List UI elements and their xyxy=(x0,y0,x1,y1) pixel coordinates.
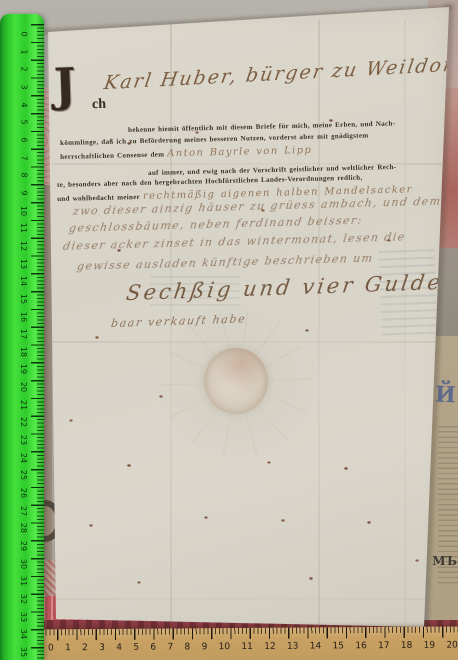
ruler-number: 11 xyxy=(241,642,253,652)
foxing-specks xyxy=(0,0,2,1)
ruler-number: 3 xyxy=(20,84,28,89)
ruler-number: 30 xyxy=(20,559,28,569)
ruler-number: 0 xyxy=(48,643,54,653)
ruler-number: 16 xyxy=(20,311,28,321)
ruler-ticks-cm xyxy=(31,24,44,660)
ruler-number: 7 xyxy=(20,155,28,160)
printed-prefix: herrschaftlichen Consense dem xyxy=(60,150,164,161)
ruler-number: 9 xyxy=(202,642,208,652)
ruler-number: 1 xyxy=(65,643,71,653)
ruler-number: 7 xyxy=(167,643,173,653)
ruler-number: 10 xyxy=(20,205,28,215)
initial-suffix: ch xyxy=(92,97,107,113)
bottom-ruler-numbers: 01234567891011121314151617181920 xyxy=(48,639,458,656)
fold-crease xyxy=(170,20,172,640)
ruler-number: 31 xyxy=(20,576,28,586)
ruler-number: 5 xyxy=(20,120,28,125)
printed-prefix: und wohlbedacht meiner xyxy=(57,193,140,203)
ruler-number: 6 xyxy=(20,137,28,142)
ruler-number: 5 xyxy=(133,643,139,653)
ruler-number: 10 xyxy=(219,642,231,652)
ruler-number: 35 xyxy=(20,647,28,657)
cyrillic-fragment: МЪ xyxy=(432,554,457,568)
ruler-number: 32 xyxy=(20,594,28,604)
handwritten-insert: Anton Bayrle von Lipp xyxy=(167,145,312,160)
handwritten-line: gewisse ausladen künftige beschrieben um xyxy=(76,252,374,273)
ruler-number: 33 xyxy=(20,612,28,622)
ruler-number: 18 xyxy=(401,641,413,651)
ruler-number: 13 xyxy=(287,642,299,652)
ruler-number: 12 xyxy=(20,241,28,251)
ruler-number: 17 xyxy=(20,329,28,339)
ruler-number: 11 xyxy=(20,223,28,233)
ruler-number: 29 xyxy=(20,541,28,551)
ruler-number: 23 xyxy=(20,435,28,445)
ruler-number: 2 xyxy=(20,67,28,72)
ruler-number: 20 xyxy=(446,641,458,651)
document-paper: J ch Karl Huber, bürger zu Weildorf beke… xyxy=(0,0,458,660)
ruler-number: 15 xyxy=(333,641,345,651)
ruler-number: 4 xyxy=(20,102,28,107)
ruler-number: 25 xyxy=(20,470,28,480)
ruler-number: 14 xyxy=(20,276,28,286)
ruler-number: 8 xyxy=(20,173,28,178)
ruler-number: 3 xyxy=(99,643,105,653)
ruler-number: 19 xyxy=(424,641,436,651)
ruler-number: 4 xyxy=(116,643,122,653)
ruler-number: 26 xyxy=(20,488,28,498)
fold-crease xyxy=(318,20,320,640)
ruler-number: 15 xyxy=(20,294,28,304)
ruler-number: 27 xyxy=(20,506,28,516)
ruler-number: 20 xyxy=(20,382,28,392)
handwritten-line: dieser acker zinset in das wintermonat, … xyxy=(62,230,406,253)
ruler-number: 24 xyxy=(20,453,28,463)
ruler-number: 18 xyxy=(20,347,28,357)
wooden-ruler-horizontal: 01234567891011121314151617181920 xyxy=(30,626,458,660)
green-ruler-vertical: 0123456789101112131415161718192021222324… xyxy=(0,14,44,660)
ruler-number: 13 xyxy=(20,258,28,268)
ruler-number: 17 xyxy=(378,641,390,651)
ruler-number: 8 xyxy=(184,642,190,652)
wafer-seal xyxy=(204,348,268,414)
printed-line: herrschaftlichen Consense dem Anton Bayr… xyxy=(60,145,312,162)
ruler-number: 19 xyxy=(20,364,28,374)
ruler-number: 14 xyxy=(310,641,322,651)
ruler-number: 21 xyxy=(20,400,28,410)
ruler-number: 28 xyxy=(20,523,28,533)
ruler-number: 0 xyxy=(20,31,28,36)
photo-scene: Й МЪ J ch Karl Huber, bürger zu Weildorf… xyxy=(0,0,458,660)
ruler-number: 16 xyxy=(355,641,367,651)
ruler-number: 9 xyxy=(20,190,28,195)
ruler-number: 6 xyxy=(150,643,156,653)
ruler-number: 1 xyxy=(20,49,28,54)
ruler-number: 22 xyxy=(20,417,28,427)
fold-crease xyxy=(52,598,442,600)
ruler-number: 12 xyxy=(264,642,276,652)
ornate-initial: J xyxy=(53,62,74,109)
left-ruler-numbers: 0123456789101112131415161718192021222324… xyxy=(16,30,31,656)
ruler-number: 2 xyxy=(82,643,88,653)
ruler-number: 34 xyxy=(20,629,28,639)
printed-line: kömmlinge, daß ich zu Beförderung meines… xyxy=(60,131,369,147)
